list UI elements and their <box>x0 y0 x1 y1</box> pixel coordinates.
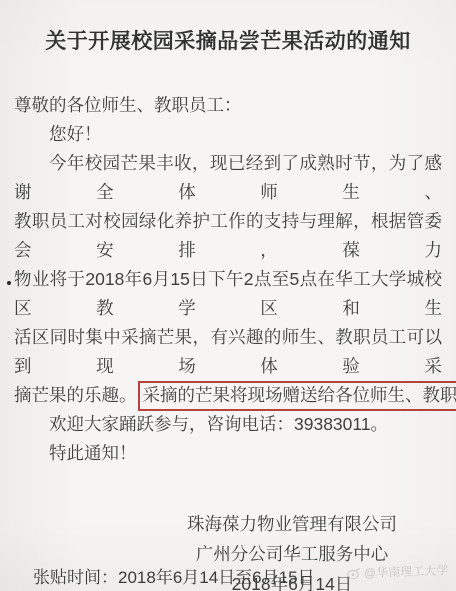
paragraph-line-with-highlight: 摘芒果的乐趣。采摘的芒果将现场赠送给各位师生、教职员工。 <box>14 381 442 410</box>
greeting-line: 您好！ <box>14 120 442 149</box>
salutation-line: 尊敬的各位师生、教职员工： <box>14 91 442 120</box>
paragraph-line: 教职员工对校园绿化养护工作的支持与理解，根据管委会安排，葆力 <box>14 207 442 265</box>
highlight-box: 采摘的芒果将现场赠送给各位师生、教职员工。 <box>138 381 456 411</box>
paragraph-line: 活区同时集中采摘芒果，有兴趣的师生、教职员工可以到现场体验采 <box>14 323 442 381</box>
notice-body: 尊敬的各位师生、教职员工： 您好！ 今年校园芒果丰收，现已经到了成熟时节，为了感… <box>14 91 442 468</box>
signature-company: 珠海葆力物业管理有限公司 <box>128 509 456 539</box>
watermark-text: @华南理工大学 <box>364 561 449 581</box>
ink-speck <box>7 281 11 285</box>
paragraph-line: 今年校园芒果丰收，现已经到了成熟时节，为了感谢全体师生、 <box>14 149 442 207</box>
notice-title: 关于开展校园采摘品尝芒果活动的通知 <box>0 0 456 55</box>
weibo-watermark: @华南理工大学 <box>347 561 449 582</box>
participation-line: 欢迎大家踊跃参与，咨询电话：39383011。 <box>14 410 442 439</box>
paragraph-line: 物业将于2018年6月15日下午2点至5点在华工大学城校区教学区和生 <box>14 265 442 323</box>
weibo-icon <box>347 567 361 579</box>
last-line-prefix: 摘芒果的乐趣。 <box>14 385 137 405</box>
posting-period-line: 张贴时间：2018年6月14日至6月15日 <box>33 563 315 588</box>
closing-line: 特此通知！ <box>14 439 442 468</box>
